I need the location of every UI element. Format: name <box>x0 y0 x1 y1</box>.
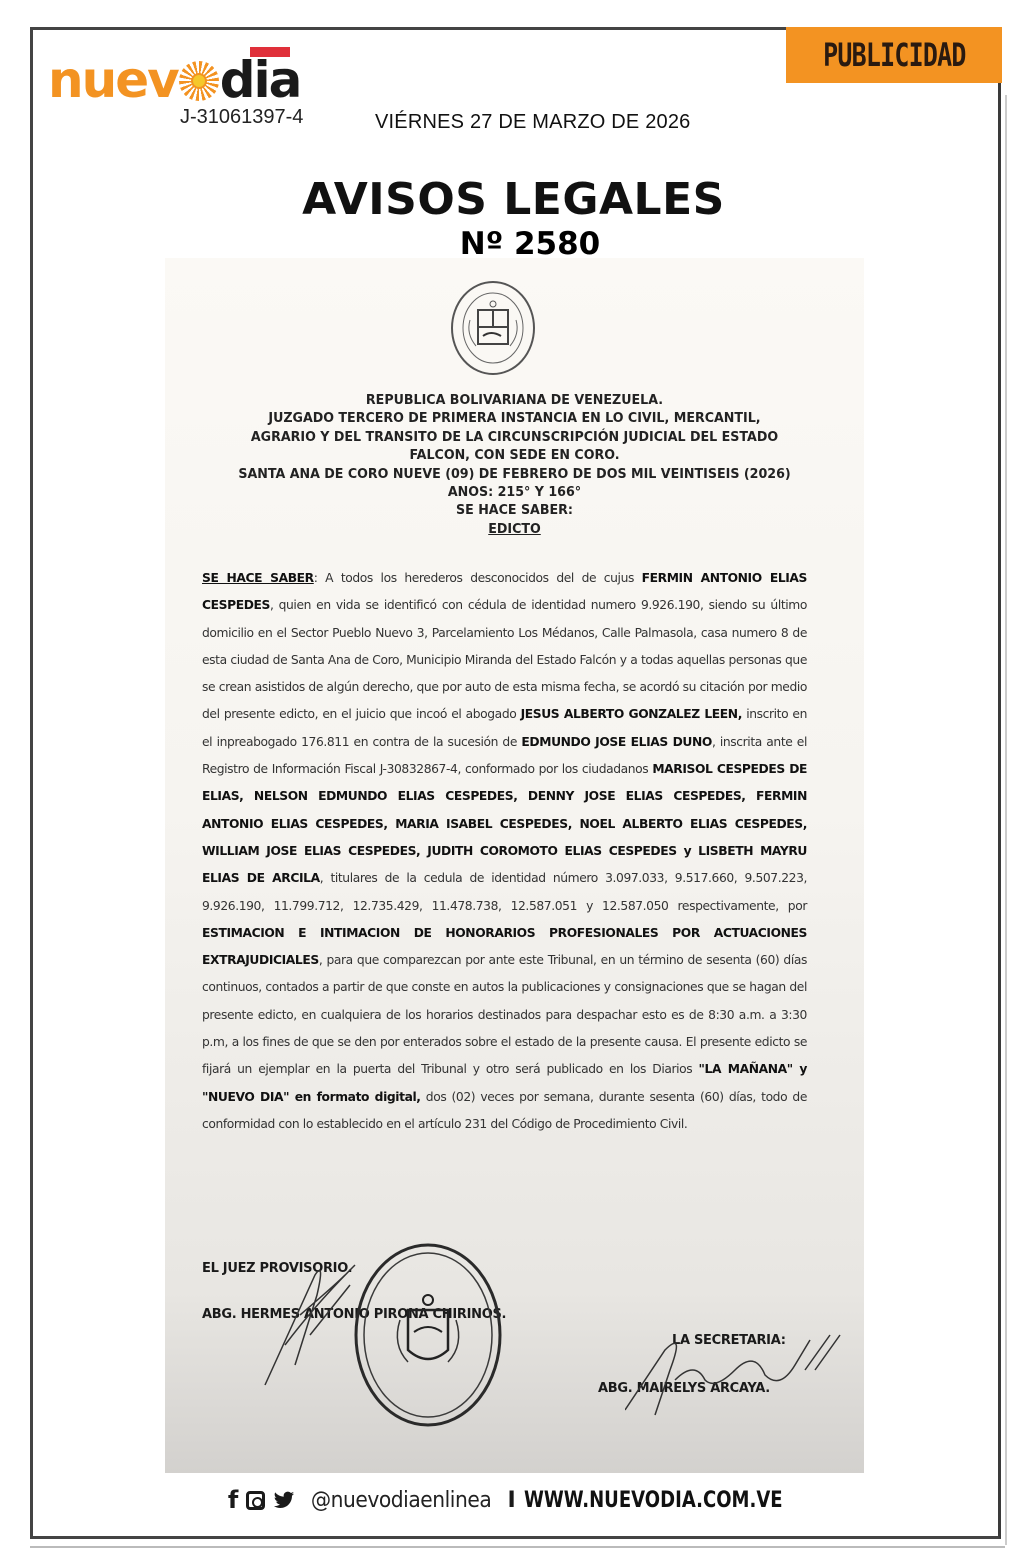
heading-line: SE HACE SABER: <box>179 502 850 520</box>
footer-social-bar: f @nuevodiaenlinea I WWW.NUEVODIA.COM.VE <box>0 1486 1027 1514</box>
social-handle[interactable]: @nuevodiaenlinea <box>311 1488 491 1513</box>
frame-shadow-right <box>1005 95 1007 1545</box>
section-badge: PUBLICIDAD <box>786 27 1002 83</box>
body-bold: JESUS ALBERTO GONZALEZ LEEN, <box>521 707 742 721</box>
notice-number: Nº 2580 <box>0 226 1027 262</box>
body-text: : A todos los herederos desconocidos del… <box>314 571 642 585</box>
page-title: AVISOS LEGALES <box>0 174 1027 225</box>
edict-body: SE HACE SABER: A todos los herederos des… <box>202 565 807 1138</box>
court-heading: REPUBLICA BOLIVARIANA DE VENEZUELA. JUZG… <box>179 392 850 539</box>
website-link[interactable]: WWW.NUEVODIA.COM.VE <box>524 1488 783 1513</box>
section-badge-label: PUBLICIDAD <box>823 36 965 74</box>
heading-line: SANTA ANA DE CORO NUEVE (09) DE FEBRERO … <box>179 466 850 484</box>
logo-accent-bar <box>250 47 290 57</box>
heading-line: ANOS: 215° Y 166° <box>179 484 850 502</box>
secretary-signature-icon <box>625 1330 845 1420</box>
judge-signature-icon <box>255 1255 365 1395</box>
logo-part-2: dia <box>220 55 301 105</box>
facebook-icon[interactable]: f <box>228 1486 238 1514</box>
body-bold: EDMUNDO JOSE ELIAS DUNO <box>521 735 712 749</box>
footer-separator: I <box>507 1488 515 1513</box>
rif-number: J-31061397-4 <box>180 106 303 129</box>
heading-line: JUZGADO TERCERO DE PRIMERA INSTANCIA EN … <box>179 410 850 428</box>
heading-line: AGRARIO Y DEL TRANSITO DE LA CIRCUNSCRIP… <box>179 429 850 447</box>
heading-line: FALCON, CON SEDE EN CORO. <box>179 447 850 465</box>
body-text: , para que comparezcan por ante este Tri… <box>202 953 807 1076</box>
body-bold: MARISOL CESPEDES DE ELIAS, NELSON EDMUND… <box>202 762 807 885</box>
sun-icon <box>179 61 219 101</box>
publication-date: VIÉRNES 27 DE MARZO DE 2026 <box>375 111 691 134</box>
body-lead: SE HACE SABER <box>202 571 314 585</box>
edicto-label: EDICTO <box>179 521 850 539</box>
logo-part-1: nuev <box>48 55 178 105</box>
instagram-icon[interactable] <box>246 1491 265 1510</box>
twitter-icon[interactable] <box>273 1490 295 1510</box>
heading-line: REPUBLICA BOLIVARIANA DE VENEZUELA. <box>179 392 850 410</box>
court-seal-icon <box>450 280 536 376</box>
frame-shadow <box>30 1546 1005 1548</box>
body-text: , quien en vida se identificó con cédula… <box>202 598 807 721</box>
court-stamp-icon <box>350 1240 505 1430</box>
